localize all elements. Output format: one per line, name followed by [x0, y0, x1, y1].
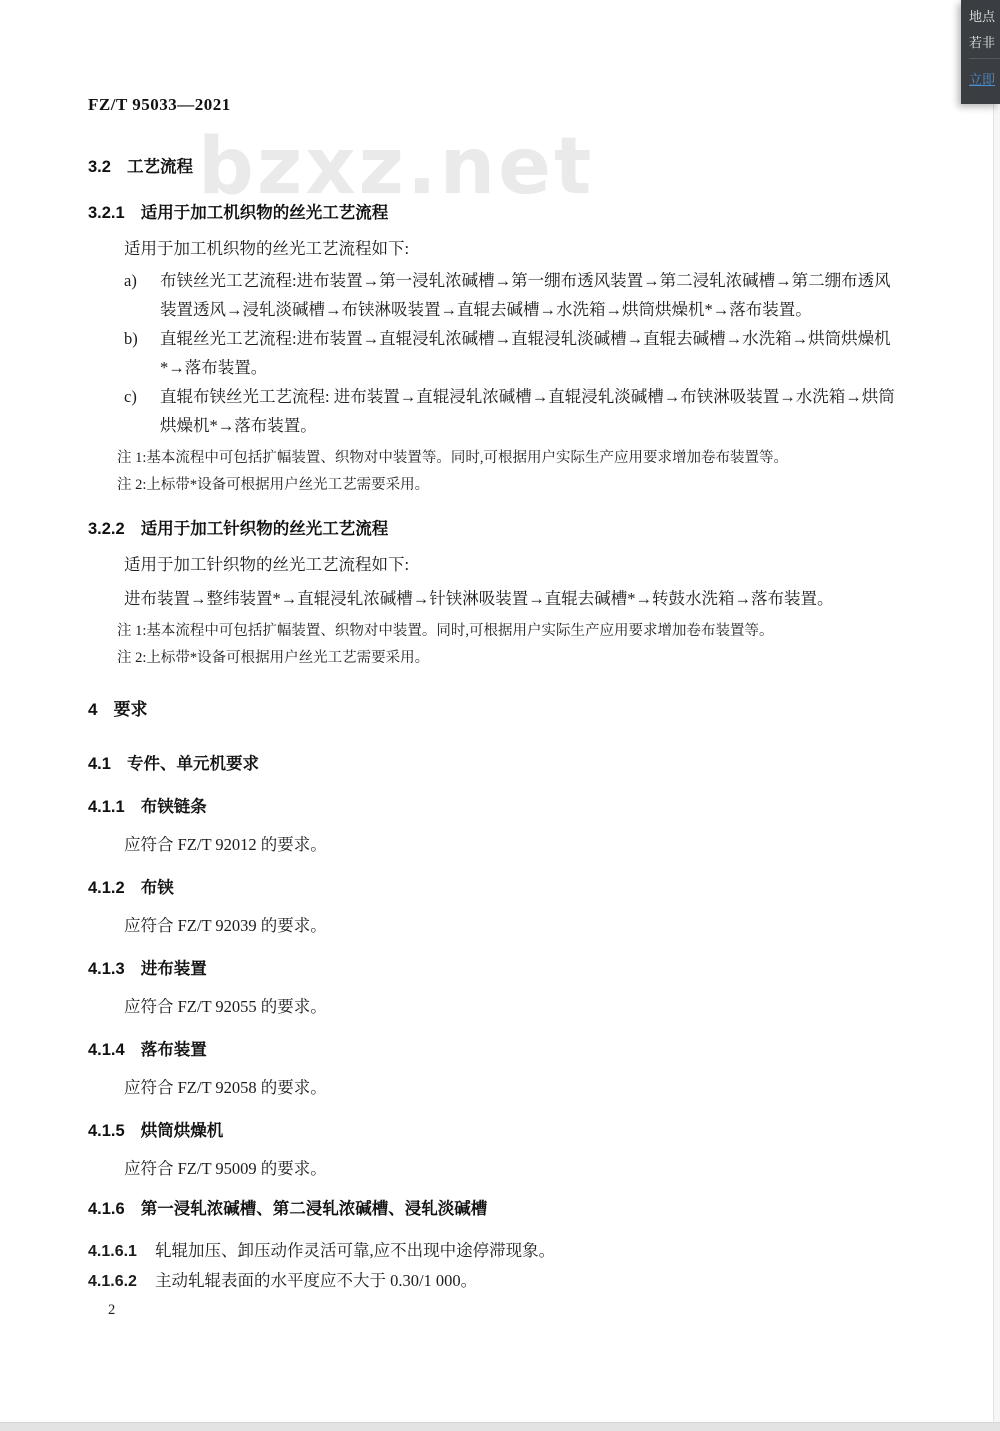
section-3-2-2-flow: 进布装置→整纬装置*→直辊浸轧浓碱槽→针铗淋吸装置→直辊去碱槽*→转鼓水洗箱→落… — [88, 584, 900, 613]
section-title: 专件、单元机要求 — [127, 755, 259, 773]
section-4-1-2-heading: 4.1.2布铗 — [88, 877, 1000, 899]
section-4-1-heading: 4.1专件、单元机要求 — [88, 753, 1000, 775]
popup-action-link[interactable]: 立即 — [969, 69, 995, 88]
page-number: 2 — [108, 1301, 1000, 1319]
section-number: 4.1.5 — [88, 1122, 125, 1140]
section-4-1-6-2: 4.1.6.2主动轧辊表面的水平度应不大于 0.30/1 000。 — [88, 1270, 940, 1293]
document-page: bzxz.net FZ/T 95033—2021 3.2工艺流程 3.2.1适用… — [0, 0, 1000, 1431]
section-title: 烘筒烘燥机 — [141, 1122, 224, 1140]
section-number: 4.1.6.2 — [88, 1273, 137, 1290]
page-bottom-bar — [0, 1422, 1000, 1431]
section-4-1-3-heading: 4.1.3进布装置 — [88, 958, 1000, 980]
section-4-1-5-body: 应符合 FZ/T 95009 的要求。 — [124, 1158, 1000, 1180]
section-3-2-1-note-1: 注 1:基本流程中可包括扩幅装置、织物对中装置等。同时,可根据用户实际生产应用要… — [117, 446, 940, 471]
section-text: 主动轧辊表面的水平度应不大于 0.30/1 000。 — [155, 1271, 477, 1290]
section-4-1-6-1: 4.1.6.1轧辊加压、卸压动作灵活可靠,应不出现中途停滞现象。 — [88, 1240, 940, 1263]
section-number: 3.2 — [88, 158, 111, 176]
list-item-label: b) — [124, 324, 138, 353]
process-flow-item-c: c)直辊布铗丝光工艺流程: 进布装置→直辊浸轧浓碱槽→直辊浸轧淡碱槽→布铗淋吸装… — [88, 382, 905, 440]
section-4-1-4-body: 应符合 FZ/T 92058 的要求。 — [124, 1077, 1000, 1099]
list-item-label: a) — [124, 266, 137, 295]
section-4-1-4-heading: 4.1.4落布装置 — [88, 1039, 1000, 1061]
section-4-heading: 4要求 — [88, 699, 1000, 721]
section-3-2-2-note-1: 注 1:基本流程中可包括扩幅装置、织物对中装置。同时,可根据用户实际生产应用要求… — [117, 619, 940, 644]
section-text: 轧辊加压、卸压动作灵活可靠,应不出现中途停滞现象。 — [155, 1241, 555, 1260]
section-number: 3.2.1 — [88, 204, 125, 222]
section-number: 4.1.4 — [88, 1041, 125, 1059]
section-number: 3.2.2 — [88, 520, 125, 538]
popup-overlay: 地点 若非 立即 — [961, 0, 1000, 104]
process-flow-item-b: b)直辊丝光工艺流程:进布装置→直辊浸轧浓碱槽→直辊浸轧淡碱槽→直辊去碱槽→水洗… — [88, 324, 905, 382]
section-number: 4 — [88, 700, 97, 719]
section-4-1-1-heading: 4.1.1布铗链条 — [88, 796, 1000, 818]
section-4-1-3-body: 应符合 FZ/T 92055 的要求。 — [124, 996, 1000, 1018]
document-content: FZ/T 95033—2021 3.2工艺流程 3.2.1适用于加工机织物的丝光… — [0, 95, 1000, 1319]
section-title: 布铗链条 — [141, 798, 207, 816]
section-number: 4.1.6 — [88, 1200, 125, 1218]
section-title: 适用于加工针织物的丝光工艺流程 — [141, 520, 389, 538]
section-number: 4.1.2 — [88, 879, 125, 897]
popup-text-line-1: 地点 — [969, 6, 995, 25]
list-item-text: 布铗丝光工艺流程:进布装置→第一浸轧浓碱槽→第一绷布透风装置→第二浸轧浓碱槽→第… — [160, 271, 891, 319]
section-number: 4.1.6.1 — [88, 1243, 137, 1260]
section-number: 4.1.1 — [88, 798, 125, 816]
popup-divider — [969, 58, 1000, 59]
list-item-text: 直辊布铗丝光工艺流程: 进布装置→直辊浸轧浓碱槽→直辊浸轧淡碱槽→布铗淋吸装置→… — [160, 387, 895, 435]
section-3-2-2-heading: 3.2.2适用于加工针织物的丝光工艺流程 — [88, 518, 1000, 540]
process-flow-item-a: a)布铗丝光工艺流程:进布装置→第一浸轧浓碱槽→第一绷布透风装置→第二浸轧浓碱槽… — [88, 266, 905, 324]
section-4-1-2-body: 应符合 FZ/T 92039 的要求。 — [124, 915, 1000, 937]
section-3-2-1-note-2: 注 2:上标带*设备可根据用户丝光工艺需要采用。 — [117, 473, 940, 498]
section-3-2-1-heading: 3.2.1适用于加工机织物的丝光工艺流程 — [88, 202, 1000, 224]
section-4-1-1-body: 应符合 FZ/T 92012 的要求。 — [124, 834, 1000, 856]
section-title: 第一浸轧浓碱槽、第二浸轧浓碱槽、浸轧淡碱槽 — [141, 1200, 488, 1218]
section-3-2-2-intro: 适用于加工针织物的丝光工艺流程如下: — [124, 554, 1000, 576]
section-4-1-6-heading: 4.1.6第一浸轧浓碱槽、第二浸轧浓碱槽、浸轧淡碱槽 — [88, 1198, 1000, 1220]
section-title: 进布装置 — [141, 960, 207, 978]
section-title: 适用于加工机织物的丝光工艺流程 — [141, 204, 389, 222]
list-item-label: c) — [124, 382, 137, 411]
list-item-text: 直辊丝光工艺流程:进布装置→直辊浸轧浓碱槽→直辊浸轧淡碱槽→直辊去碱槽→水洗箱→… — [160, 329, 891, 377]
standard-code-header: FZ/T 95033—2021 — [88, 95, 1000, 115]
section-number: 4.1.3 — [88, 960, 125, 978]
process-flow-list: a)布铗丝光工艺流程:进布装置→第一浸轧浓碱槽→第一绷布透风装置→第二浸轧浓碱槽… — [88, 266, 905, 440]
popup-text-line-2: 若非 — [969, 32, 995, 51]
section-3-2-1-intro: 适用于加工机织物的丝光工艺流程如下: — [124, 238, 1000, 260]
section-3-2-heading: 3.2工艺流程 — [88, 156, 1000, 178]
section-number: 4.1 — [88, 755, 111, 773]
section-title: 工艺流程 — [127, 158, 193, 176]
page-right-edge — [993, 104, 1000, 1423]
section-4-1-5-heading: 4.1.5烘筒烘燥机 — [88, 1120, 1000, 1142]
section-title: 要求 — [113, 700, 147, 719]
section-3-2-2-note-2: 注 2:上标带*设备可根据用户丝光工艺需要采用。 — [117, 646, 940, 671]
section-title: 落布装置 — [141, 1041, 207, 1059]
section-title: 布铗 — [141, 879, 174, 897]
